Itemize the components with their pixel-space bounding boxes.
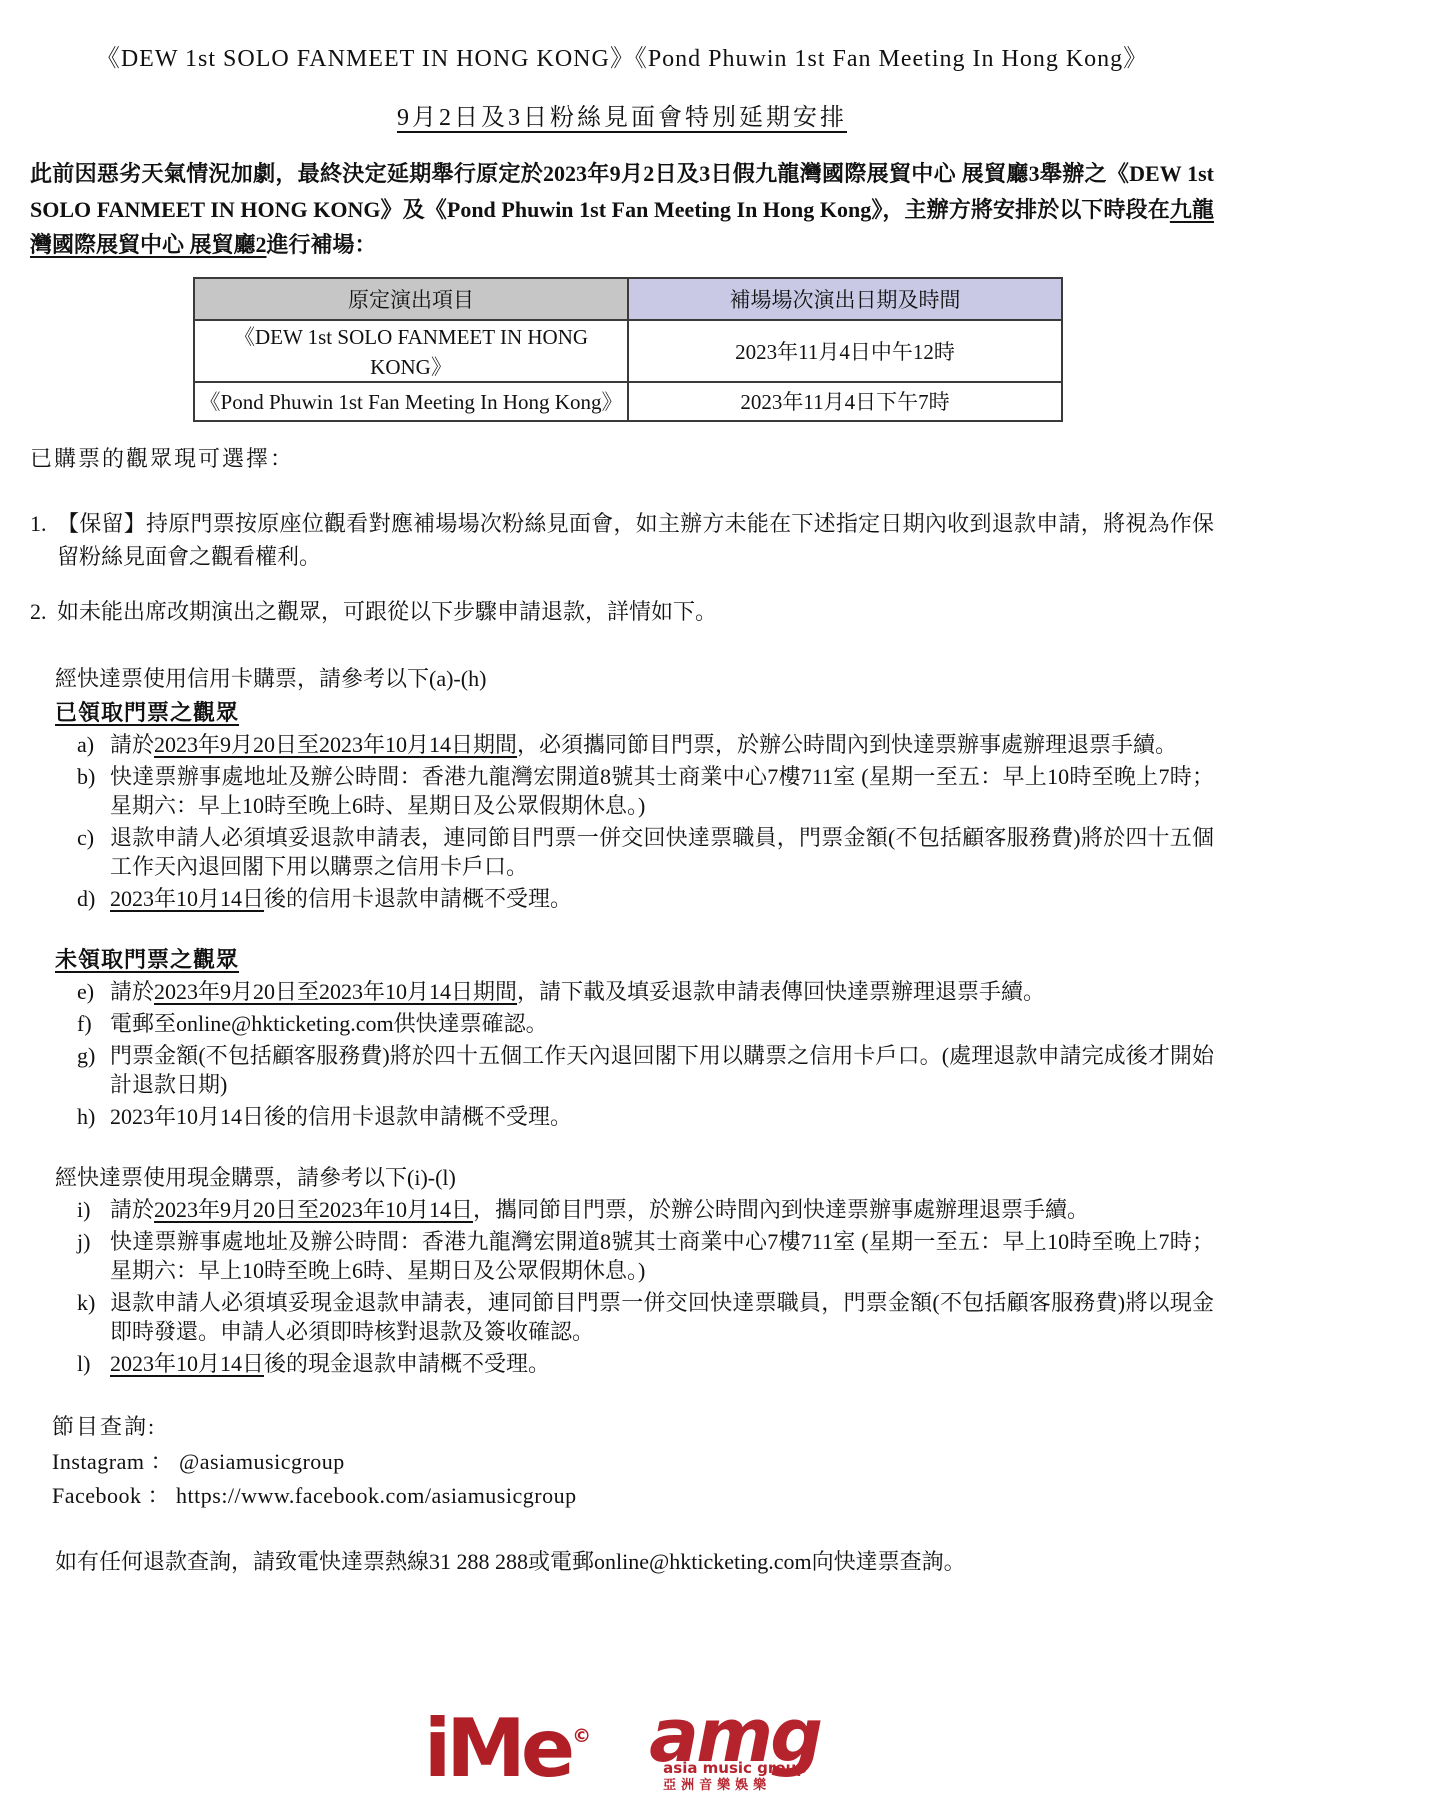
list-marker: j) [77, 1227, 110, 1285]
show-name-cell: 《DEW 1st SOLO FANMEET IN HONG KONG》 [194, 320, 628, 382]
list-marker: b) [77, 762, 110, 820]
table-header-new-datetime: 補場場次演出日期及時間 [628, 278, 1062, 320]
refund-step-h: h) 2023年10月14日後的信用卡退款申請概不受理。 [77, 1102, 1214, 1131]
option-item-keep: 1. 【保留】持原門票按原座位觀看對應補場場次粉絲見面會，如主辦方未能在下述指定… [30, 507, 1214, 573]
refund-step-e: e) 請於2023年9月20日至2023年10月14日期間，請下載及填妥退款申請… [77, 977, 1214, 1006]
amg-subtext-english: asia music group [663, 1759, 820, 1779]
footer-logos: iMe© amg asia music group 亞洲音樂娛樂 [30, 1701, 1214, 1796]
intro-paragraph: 此前因惡劣天氣情況加劇，最終決定延期舉行原定於2023年9月2日及3日假九龍灣國… [30, 156, 1214, 263]
show-datetime-cell: 2023年11月4日下午7時 [628, 382, 1062, 421]
list-marker: i) [77, 1195, 110, 1224]
table-header-row: 原定演出項目 補場場次演出日期及時間 [194, 278, 1062, 320]
amg-logo: amg asia music group 亞洲音樂娛樂 [649, 1701, 820, 1796]
credit-card-section-intro: 經快達票使用信用卡購票，請參考以下(a)-(h) [55, 662, 1214, 693]
list-marker: a) [77, 730, 110, 759]
amg-subtext-chinese: 亞洲音樂娛樂 [663, 1778, 820, 1795]
cash-section-intro: 經快達票使用現金購票，請參考以下(i)-(l) [55, 1161, 1214, 1192]
uncollected-tickets-heading: 未領取門票之觀眾 [55, 943, 1214, 974]
amg-logo-subtext: asia music group 亞洲音樂娛樂 [663, 1759, 820, 1795]
table-row: 《Pond Phuwin 1st Fan Meeting In Hong Kon… [194, 382, 1062, 421]
refund-step-i: i) 請於2023年9月20日至2023年10月14日，攜同節目門票，於辦公時間… [77, 1195, 1214, 1224]
list-marker: l) [77, 1349, 110, 1378]
enquiry-heading: 節目查詢: [52, 1410, 1214, 1444]
refund-enquiry-note: 如有任何退款查詢，請致電快達票熱線31 288 288或電郵online@hkt… [55, 1545, 1214, 1576]
list-marker: c) [77, 823, 110, 881]
document-title: 《DEW 1st SOLO FANMEET IN HONG KONG》《Pond… [30, 38, 1214, 73]
refund-step-k: k) 退款申請人必須填妥現金退款申請表，連同節目門票一併交回快達票職員，門票金額… [77, 1288, 1214, 1346]
refund-step-j: j) 快達票辦事處地址及辦公時間：香港九龍灣宏開道8號其士商業中心7樓711室 … [77, 1227, 1214, 1285]
list-marker: 1. [30, 507, 57, 573]
show-name-cell: 《Pond Phuwin 1st Fan Meeting In Hong Kon… [194, 382, 628, 421]
refund-step-d: d) 2023年10月14日後的信用卡退款申請概不受理。 [77, 884, 1214, 913]
refund-step-b: b) 快達票辦事處地址及辦公時間：香港九龍灣宏開道8號其士商業中心7樓711室 … [77, 762, 1214, 820]
options-heading: 已購票的觀眾現可選擇： [30, 442, 1214, 473]
list-marker: f) [77, 1009, 110, 1038]
list-marker: h) [77, 1102, 110, 1131]
ime-logo: iMe© [424, 1702, 589, 1795]
refund-step-l: l) 2023年10月14日後的現金退款申請概不受理。 [77, 1349, 1214, 1378]
programme-enquiry-section: 節目查詢: Instagram ： @asiamusicgroup Facebo… [52, 1410, 1214, 1512]
copyright-mark: © [572, 1725, 591, 1747]
refund-step-f: f) 電郵至online@hkticketing.com供快達票確認。 [77, 1009, 1214, 1038]
document-subtitle: 9月2日及3日粉絲見面會特別延期安排 [30, 97, 1214, 132]
reschedule-table: 原定演出項目 補場場次演出日期及時間 《DEW 1st SOLO FANMEET… [193, 277, 1063, 422]
option-item-refund: 2. 如未能出席改期演出之觀眾，可跟從以下步驟申請退款，詳情如下。 [30, 595, 1214, 628]
table-header-original-show: 原定演出項目 [194, 278, 628, 320]
show-datetime-cell: 2023年11月4日中午12時 [628, 320, 1062, 382]
list-marker: e) [77, 977, 110, 1006]
list-marker: k) [77, 1288, 110, 1346]
ime-logo-text: iMe [424, 1702, 570, 1795]
announcement-document: 《DEW 1st SOLO FANMEET IN HONG KONG》《Pond… [0, 0, 1440, 1800]
table-row: 《DEW 1st SOLO FANMEET IN HONG KONG》 2023… [194, 320, 1062, 382]
collected-tickets-heading: 已領取門票之觀眾 [55, 696, 1214, 727]
refund-step-c: c) 退款申請人必須填妥退款申請表，連同節目門票一併交回快達票職員，門票金額(不… [77, 823, 1214, 881]
list-marker: g) [77, 1041, 110, 1099]
refund-step-a: a) 請於2023年9月20日至2023年10月14日期間，必須攜同節目門票，於… [77, 730, 1214, 759]
facebook-line: Facebook ： https://www.facebook.com/asia… [52, 1479, 1214, 1513]
refund-step-g: g) 門票金額(不包括顧客服務費)將於四十五個工作天內退回閣下用以購票之信用卡戶… [77, 1041, 1214, 1099]
instagram-line: Instagram ： @asiamusicgroup [52, 1445, 1214, 1479]
list-marker: d) [77, 884, 110, 913]
list-marker: 2. [30, 595, 57, 628]
